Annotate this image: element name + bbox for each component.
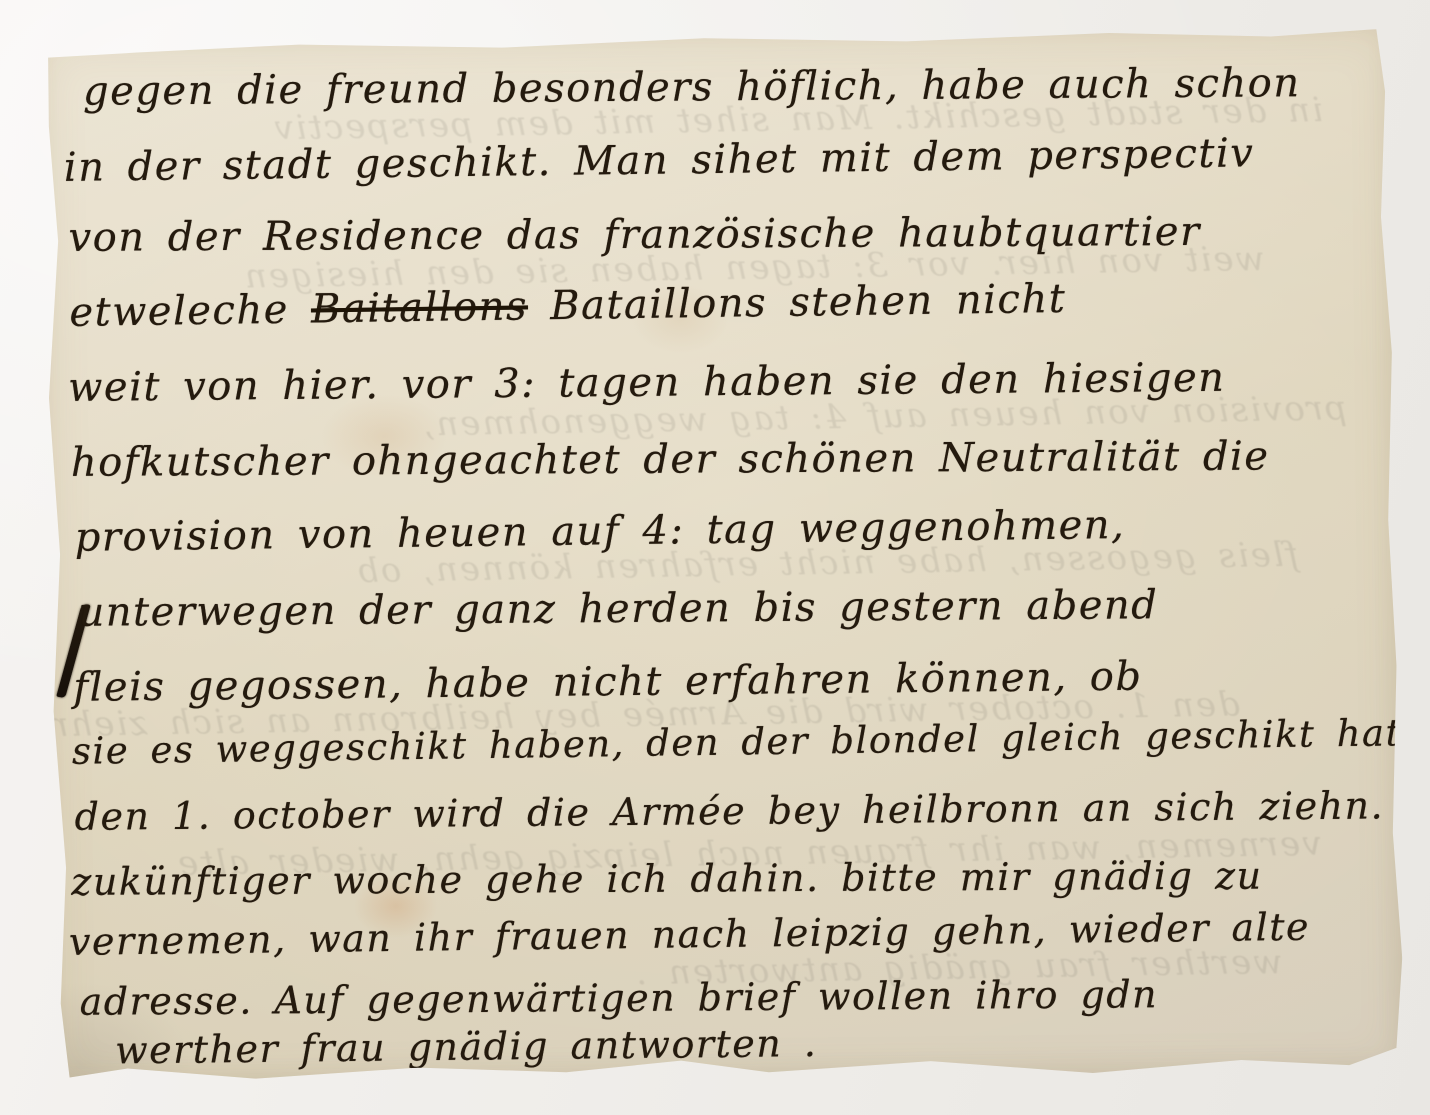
manuscript-line: fleis gegossen, habe nicht erfahren könn…: [73, 654, 1143, 711]
manuscript-line: hofkutscher ohngeachtet der schönen Neut…: [71, 434, 1270, 486]
crossed-out-word: Baitallons: [311, 283, 529, 332]
handwriting: gegen die freund besonders höflich, habe…: [43, 29, 1404, 1087]
manuscript-line: in der stadt geschikt. Man sihet mit dem…: [64, 130, 1255, 191]
manuscript-line: etweleche Baitallons Bataillons stehen n…: [69, 276, 1066, 336]
manuscript-line: werther frau gnädig antworten .: [115, 1021, 818, 1072]
manuscript-line: von der Residence das französische haubt…: [68, 209, 1200, 261]
photo-backdrop: in der stadt geschikt. Man sihet mit dem…: [0, 0, 1430, 1115]
manuscript-line: den 1. october wird die Armée bey heilbr…: [74, 783, 1384, 838]
manuscript-line: provision von heuen auf 4: tag weggenohm…: [74, 502, 1125, 561]
manuscript-line: weit von hier. vor 3: tagen haben sie de…: [68, 355, 1226, 411]
manuscript-line: sie es weggeschikt haben, den der blonde…: [72, 711, 1416, 773]
manuscript-line: gegen die freund besonders höflich, habe…: [83, 60, 1301, 114]
manuscript-line: unterwegen der ganz herden bis gestern a…: [78, 582, 1158, 636]
manuscript-line: zukünftiger woche gehe ich dahin. bitte …: [71, 854, 1262, 904]
manuscript-page: in der stadt geschikt. Man sihet mit dem…: [43, 29, 1404, 1087]
line-segment: etweleche: [69, 286, 311, 335]
line-segment: Bataillons stehen nicht: [528, 276, 1067, 330]
manuscript-line: adresse. Auf gegenwärtigen brief wollen …: [79, 972, 1158, 1024]
manuscript-line: vernemen, wan ihr frauen nach leipzig ge…: [69, 905, 1311, 964]
